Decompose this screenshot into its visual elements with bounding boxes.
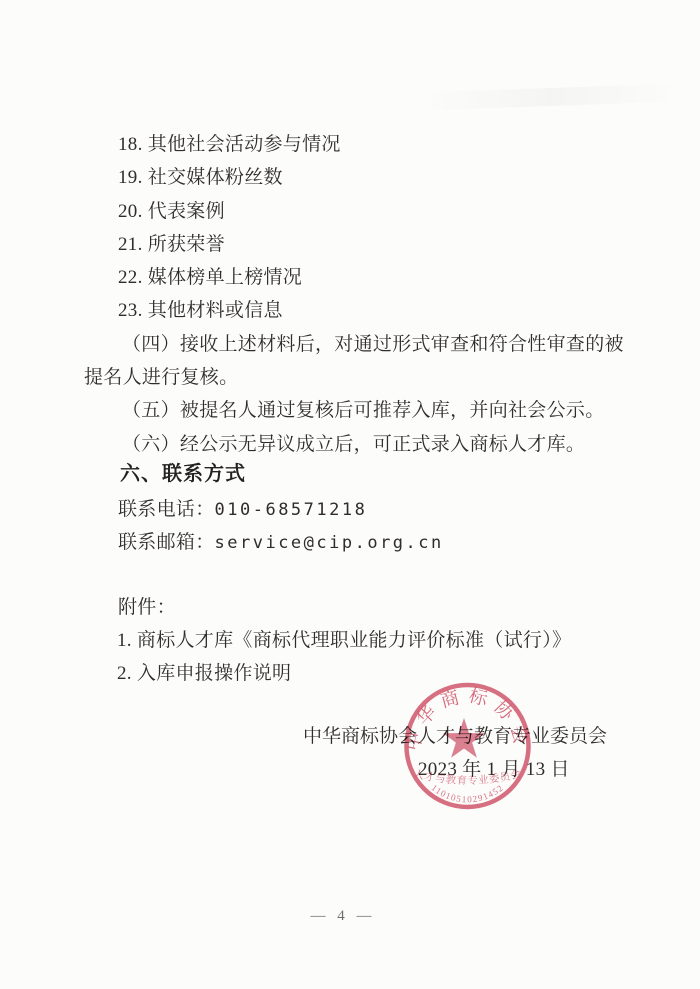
list-item-23: 23. 其他材料或信息 bbox=[118, 299, 283, 322]
attachment-item-2: 2. 入库申报操作说明 bbox=[117, 662, 291, 685]
list-item-21: 21. 所获荣誉 bbox=[118, 233, 225, 256]
official-seal-stamp: 中华商标协会 人才与教育专业委员会 11010510291452 bbox=[398, 680, 540, 816]
list-item-22: 22. 媒体榜单上榜情况 bbox=[118, 266, 302, 289]
page-number: — 4 — bbox=[0, 908, 686, 925]
paragraph-5: （五）被提名人通过复核后可推荐入库，并向社会公示。 bbox=[122, 399, 605, 422]
paragraph-4-line-1: （四）接收上述材料后，对通过形式审查和符合性审查的被 bbox=[122, 333, 624, 356]
list-item-18: 18. 其他社会活动参与情况 bbox=[118, 133, 341, 156]
contact-phone-label: 联系电话： bbox=[118, 499, 215, 520]
paragraph-4-line-2: 提名人进行复核。 bbox=[84, 366, 238, 389]
stamp-star-icon bbox=[443, 718, 485, 758]
attachments-title: 附件： bbox=[118, 596, 176, 619]
attachment-item-1: 1. 商标人才库《商标代理职业能力评价标准（试行）》 bbox=[117, 629, 571, 652]
list-item-20: 20. 代表案例 bbox=[118, 200, 225, 223]
scan-artifact bbox=[420, 83, 680, 110]
contact-email-label: 联系邮箱： bbox=[118, 532, 215, 553]
contact-section-heading: 六、联系方式 bbox=[120, 463, 246, 486]
stamp-inner-text: 人才与教育专业委员会 bbox=[412, 767, 522, 787]
list-item-19: 19. 社交媒体粉丝数 bbox=[118, 166, 283, 189]
contact-phone-line: 联系电话：010-68571218 bbox=[118, 498, 367, 522]
paragraph-6: （六）经公示无异议成立后，可正式录入商标人才库。 bbox=[122, 433, 585, 456]
document-page: 18. 其他社会活动参与情况 19. 社交媒体粉丝数 20. 代表案例 21. … bbox=[0, 0, 700, 989]
contact-phone-value: 010-68571218 bbox=[215, 500, 368, 520]
contact-email-line: 联系邮箱：service@cip.org.cn bbox=[118, 531, 444, 555]
contact-email-value: service@cip.org.cn bbox=[215, 533, 444, 553]
